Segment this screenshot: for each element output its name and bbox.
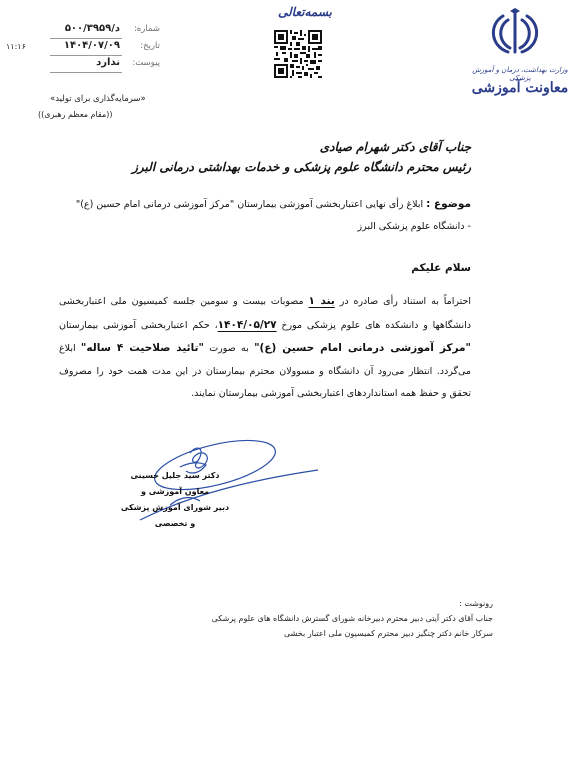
letter-number-label: شماره: [134, 24, 160, 34]
cc-item: سرکار خانم دکتر چنگیز دبیر محترم کمیسیون… [173, 626, 493, 641]
letter-date-value: ۱۴۰۴/۰۷/۰۹ [64, 40, 120, 51]
clause-reference: بند ۱ [309, 295, 335, 307]
motto: «سرمایه‌گذاری برای تولید» [50, 94, 146, 104]
attachment-label: پیوست: [132, 58, 160, 68]
addressee-title: رئیس محترم دانشگاه علوم پزشکی و خدمات به… [132, 160, 471, 174]
divider [50, 55, 122, 56]
motto-attribution: ((مقام معظم رهبری)) [38, 110, 113, 119]
letter-date-label: تاریخ: [140, 41, 160, 51]
letter-body: احتراماً به استناد رأی صادره در بند ۱ مص… [59, 290, 471, 406]
subject-line: موضوع : ابلاغ رأی نهایی اعتباربخشی آموزش… [71, 193, 471, 238]
cc-item: جناب آقای دکتر آیتی دبیر محترم دبیرخانه … [173, 611, 493, 626]
attachment-value: ندارد [96, 57, 120, 68]
body-text: به صورت [209, 343, 249, 354]
signature-block: دکتر سید جلیل حسینی معاون آموزشی و دبیر … [120, 468, 230, 532]
basmala-heading: بسمه‌تعالی [278, 5, 332, 19]
body-text: ، حکم اعتباربخشی آموزشی بیمارستان [59, 320, 218, 331]
cc-list: رونوشت : جناب آقای دکتر آیتی دبیر محترم … [173, 596, 493, 641]
body-text: احتراماً به استناد رأی صادره در [340, 296, 471, 307]
divider [50, 38, 122, 39]
timestamp: ۱۱:۱۶ [6, 42, 26, 51]
iran-emblem-icon [488, 8, 542, 56]
signatory-name: دکتر سید جلیل حسینی [120, 468, 230, 484]
letter-number-field: شماره: د/۵۰۰/۳۹۵۹ [50, 24, 160, 40]
letter-number-value: د/۵۰۰/۳۹۵۹ [65, 23, 120, 34]
signatory-title: معاون آموزشی و [120, 484, 230, 500]
deputy-name: معاونت آموزشی [470, 80, 570, 96]
cc-label: رونوشت : [173, 596, 493, 611]
divider [50, 72, 122, 73]
accreditation-verdict: "تائید صلاحیت ۴ ساله" [81, 342, 204, 354]
qr-code-icon [274, 30, 322, 78]
greeting: سلام علیکم [411, 262, 471, 274]
hospital-name: "مرکز آموزشی درمانی امام حسین (ع)" [254, 342, 471, 354]
signatory-title: دبیر شورای آموزش پزشکی و تخصصی [120, 500, 230, 532]
meeting-date: ۱۴۰۴/۰۵/۲۷ [218, 319, 277, 331]
addressee-name: جناب آقای دکتر شهرام صیادی [320, 140, 471, 154]
letter-date-field: تاریخ: ۱۴۰۴/۰۷/۰۹ [50, 41, 160, 57]
subject-label: موضوع : [426, 198, 471, 210]
subject-text: ابلاغ رأی نهایی اعتباربخشی آموزشی بیمارس… [76, 199, 471, 232]
attachment-field: پیوست: ندارد [50, 58, 160, 74]
